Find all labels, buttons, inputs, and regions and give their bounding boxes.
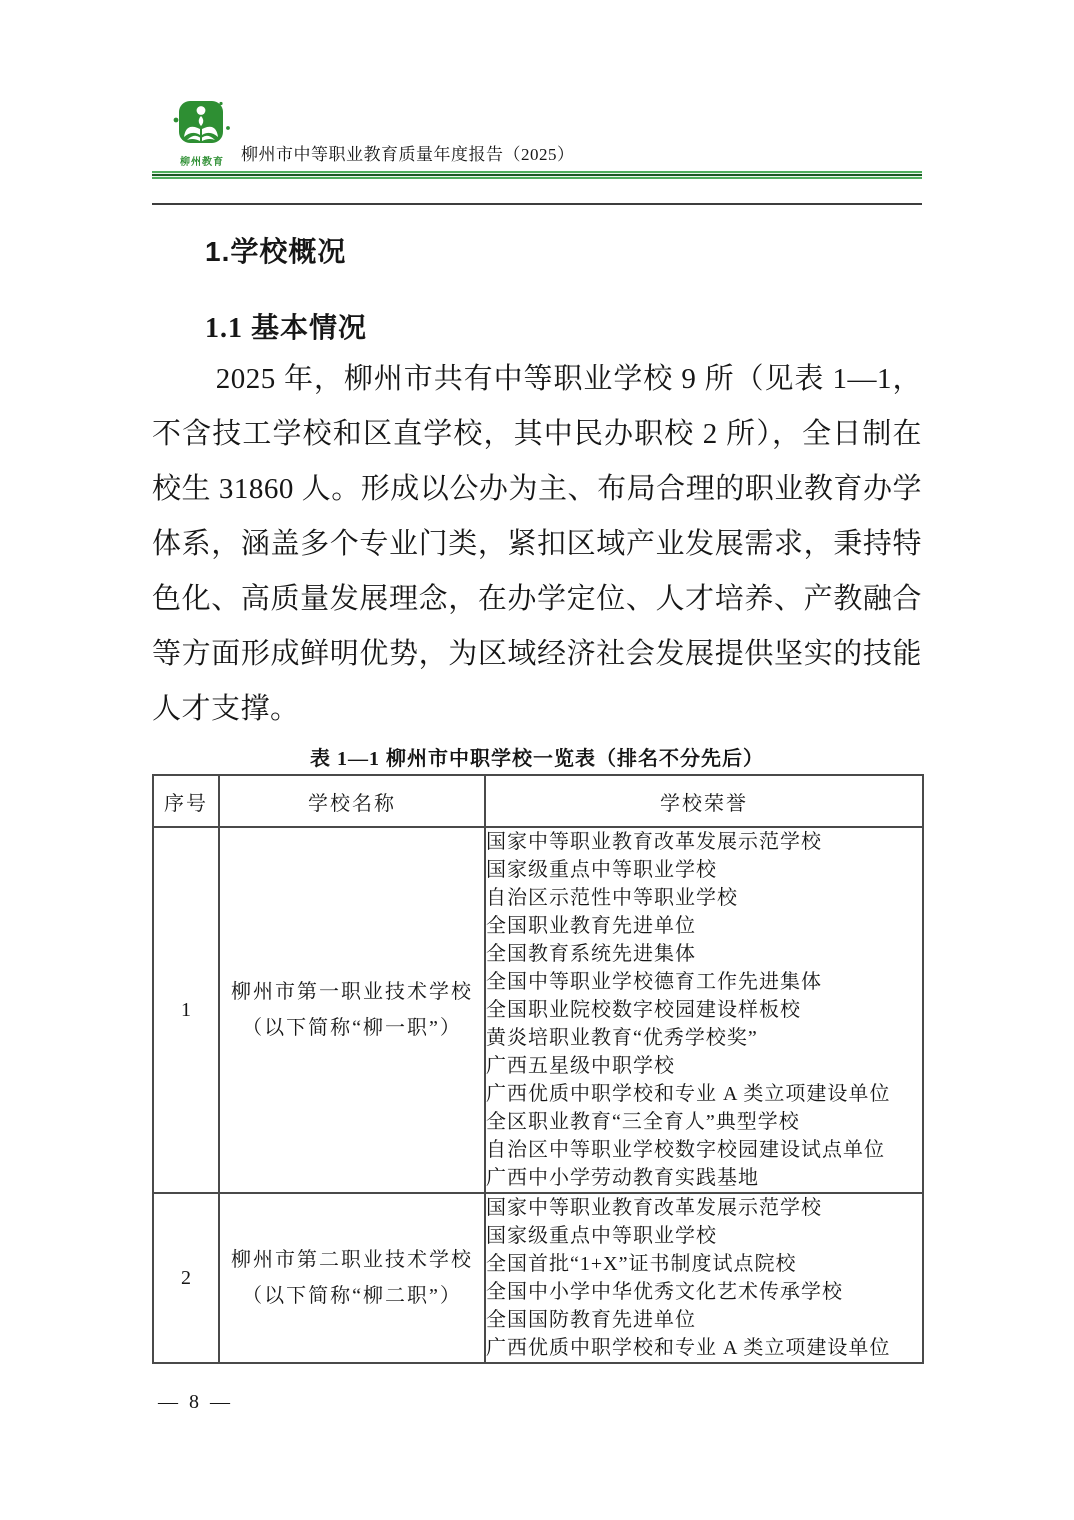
school-honors: 国家中等职业教育改革发展示范学校国家级重点中等职业学校全国首批“1+X”证书制度… xyxy=(485,1193,923,1363)
header-logo: 柳州教育 xyxy=(167,101,237,168)
honor-item: 自治区示范性中等职业学校 xyxy=(486,884,922,912)
table-row: 2 柳州市第二职业技术学校 （以下简称“柳二职”） 国家中等职业教育改革发展示范… xyxy=(153,1193,923,1363)
honor-item: 全区职业教育“三全育人”典型学校 xyxy=(486,1108,922,1136)
honor-item: 国家级重点中等职业学校 xyxy=(486,1222,922,1250)
header-thin-divider xyxy=(152,203,922,205)
school-name: 柳州市第二职业技术学校 （以下简称“柳二职”） xyxy=(219,1193,485,1363)
honor-item: 全国职业院校数字校园建设样板校 xyxy=(486,996,922,1024)
school-name-line: 柳州市第二职业技术学校 xyxy=(220,1242,484,1278)
honor-item: 全国中小学中华优秀文化艺术传承学校 xyxy=(486,1278,922,1306)
row-index: 1 xyxy=(153,827,219,1193)
honor-item: 全国中等职业学校德育工作先进集体 xyxy=(486,968,922,996)
school-name-line: 柳州市第一职业技术学校 xyxy=(220,974,484,1010)
row-index: 2 xyxy=(153,1193,219,1363)
honor-item: 广西优质中职学校和专业 A 类立项建设单位 xyxy=(486,1334,922,1362)
header-green-divider xyxy=(152,171,922,179)
school-honors: 国家中等职业教育改革发展示范学校国家级重点中等职业学校自治区示范性中等职业学校全… xyxy=(485,827,923,1193)
honor-item: 广西五星级中职学校 xyxy=(486,1052,922,1080)
column-header-name: 学校名称 xyxy=(219,775,485,827)
table-caption: 表 1—1 柳州市中职学校一览表（排名不分先后） xyxy=(152,742,922,771)
honor-item: 全国职业教育先进单位 xyxy=(486,912,922,940)
column-header-index: 序号 xyxy=(153,775,219,827)
honor-item: 广西中小学劳动教育实践基地 xyxy=(486,1164,922,1192)
honor-item: 全国教育系统先进集体 xyxy=(486,940,922,968)
table-row: 1 柳州市第一职业技术学校 （以下简称“柳一职”） 国家中等职业教育改革发展示范… xyxy=(153,827,923,1193)
page-number: — 8 — xyxy=(158,1391,233,1414)
honor-item: 自治区中等职业学校数字校园建设试点单位 xyxy=(486,1136,922,1164)
honor-item: 全国首批“1+X”证书制度试点院校 xyxy=(486,1250,922,1278)
honor-item: 全国国防教育先进单位 xyxy=(486,1306,922,1334)
school-name-line: （以下简称“柳一职”） xyxy=(220,1010,484,1046)
body-paragraph: 2025 年，柳州市共有中等职业学校 9 所（见表 1—1，不含技工学校和区直学… xyxy=(152,352,922,737)
logo-label: 柳州教育 xyxy=(167,153,237,168)
school-name-line: （以下简称“柳二职”） xyxy=(220,1278,484,1314)
section-heading: 1.学校概况 xyxy=(205,230,346,270)
honor-item: 国家中等职业教育改革发展示范学校 xyxy=(486,828,922,856)
honor-item: 广西优质中职学校和专业 A 类立项建设单位 xyxy=(486,1080,922,1108)
education-logo-icon xyxy=(173,101,231,147)
subsection-heading: 1.1 基本情况 xyxy=(205,306,367,346)
school-name: 柳州市第一职业技术学校 （以下简称“柳一职”） xyxy=(219,827,485,1193)
honor-item: 国家中等职业教育改革发展示范学校 xyxy=(486,1194,922,1222)
table-header-row: 序号 学校名称 学校荣誉 xyxy=(153,775,923,827)
schools-table: 序号 学校名称 学校荣誉 1 柳州市第一职业技术学校 （以下简称“柳一职”） 国… xyxy=(152,774,924,1364)
column-header-honors: 学校荣誉 xyxy=(485,775,923,827)
honor-item: 国家级重点中等职业学校 xyxy=(486,856,922,884)
header-title: 柳州市中等职业教育质量年度报告（2025） xyxy=(241,140,575,165)
honor-item: 黄炎培职业教育“优秀学校奖” xyxy=(486,1024,922,1052)
document-page: 柳州教育 柳州市中等职业教育质量年度报告（2025） 1.学校概况 1.1 基本… xyxy=(0,0,1074,1520)
